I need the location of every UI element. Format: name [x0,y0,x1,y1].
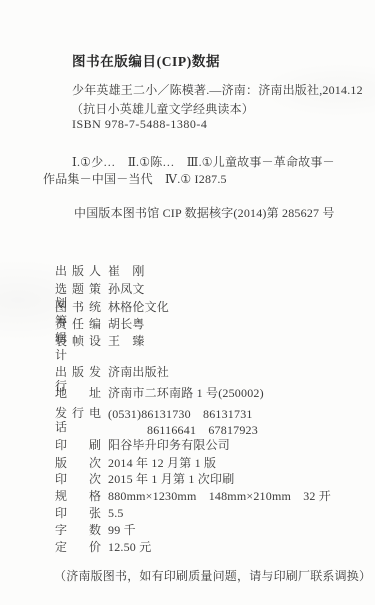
row-value: 5.5 [108,506,124,520]
classification-line-2: 作品集－中国－当代 Ⅳ.① I287.5 [43,172,227,186]
row-value: 胡长粤 [108,317,145,331]
row-value: 阳谷毕升印务有限公司 [108,438,230,452]
row-label: 装帧设计 [55,334,101,362]
row-value: 崔 刚 [108,264,145,278]
info-row-address: 地址 济南市二环南路 1 号(250002) [55,386,264,400]
bibliographic-line: 少年英雄王二小／陈模著.—济南：济南出版社,2014.12 [72,83,363,97]
row-label: 印刷 [55,438,101,452]
row-value: 济南出版社 [108,365,169,379]
row-label: 版次 [55,456,101,470]
row-value: 孙凤文 [108,282,145,296]
row-value: 王 臻 [108,334,145,348]
info-row-format: 规格 880mm×1230mm 148mm×210mm 32 开 [55,489,331,503]
info-row-sheets: 印张 5.5 [55,506,124,520]
quality-note: （济南版图书，如有印刷质量问题，请与印刷厂联系调换） [54,569,371,583]
row-label: 字数 [55,523,101,537]
row-label: 规格 [55,489,101,503]
series-line: （抗日小英雄儿童文学经典读本） [71,102,254,116]
row-value: 林格伦文化 [108,300,169,314]
row-value-line2: 86116641 67817923 [108,422,258,438]
row-label: 印张 [55,506,101,520]
row-value: (0531)86131730 86131731 [108,406,258,422]
row-value: 880mm×1230mm 148mm×210mm 32 开 [108,489,331,503]
info-row-publisher-person: 出版人 崔 刚 [55,264,145,278]
row-label: 印次 [55,472,101,486]
cip-record-line: 中国版本图书馆 CIP 数据核字(2014)第 285627 号 [74,206,335,220]
row-value: 99 千 [108,523,136,537]
row-label: 出版人 [55,264,101,278]
info-row-printer: 印刷 阳谷毕升印务有限公司 [55,438,230,452]
info-row-phone: 发行电话 (0531)86131730 86131731 86116641 67… [55,406,258,438]
row-value: 济南市二环南路 1 号(250002) [108,386,264,400]
info-row-binding-design: 装帧设计 王 臻 [55,334,145,362]
info-row-impression: 印次 2015 年 1 月第 1 次印刷 [55,472,234,486]
classification-line-1: Ⅰ.①少… Ⅱ.①陈… Ⅲ.①儿童故事－革命故事－ [72,155,335,169]
cip-header: 图书在版编目(CIP)数据 [72,55,220,69]
book-copyright-page: 图书在版编目(CIP)数据 少年英雄王二小／陈模著.—济南：济南出版社,2014… [0,0,375,605]
row-label: 定价 [55,540,101,554]
info-row-edition: 版次 2014 年 12 月第 1 版 [55,456,216,470]
row-label: 地址 [55,386,101,400]
info-row-word-count: 字数 99 千 [55,523,136,537]
row-value: 2015 年 1 月第 1 次印刷 [108,472,234,486]
row-label: 发行电话 [55,406,101,434]
row-value: 2014 年 12 月第 1 版 [108,456,216,470]
info-row-price: 定价 12.50 元 [55,540,151,554]
row-value: 12.50 元 [108,540,151,554]
isbn-line: ISBN 978-7-5488-1380-4 [72,117,207,131]
